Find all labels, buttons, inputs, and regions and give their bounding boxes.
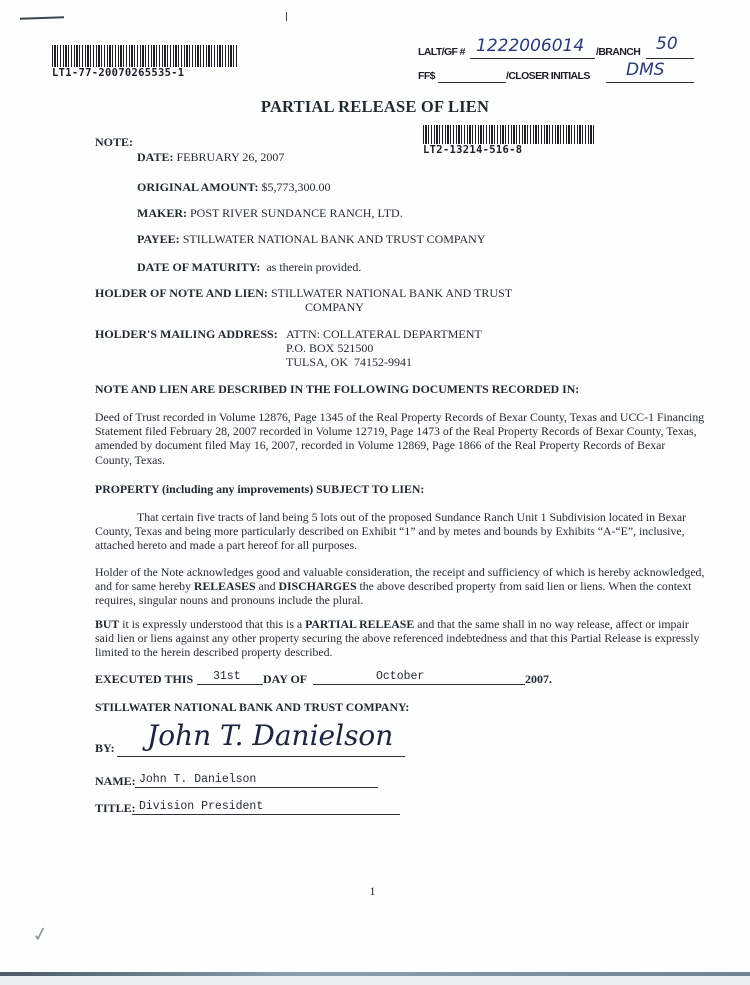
holder-value: STILLWATER NATIONAL BANK AND TRUST COMPA… <box>271 286 512 314</box>
amount-label: ORIGINAL AMOUNT: <box>137 180 258 194</box>
executed-line: EXECUTED THIS 31st DAY OF October 2007. <box>95 670 565 688</box>
property-heading: PROPERTY (including any improvements) SU… <box>95 482 424 497</box>
payee-label: PAYEE: <box>137 232 180 246</box>
scan-edge-strip <box>0 976 750 985</box>
acknowledgment-text: Holder of the Note acknowledges good and… <box>95 565 705 608</box>
discharges-text: DISCHARGES <box>279 579 357 593</box>
by-line: BY: John T. Danielson <box>95 715 415 765</box>
scan-mark <box>20 16 64 20</box>
address-line-1: ATTN: COLLATERAL DEPARTMENT <box>286 327 482 341</box>
check-mark-icon: ✓ <box>30 921 51 948</box>
stamp-row-gf: LALT/GF # 1222006014 /BRANCH 50 <box>418 40 698 60</box>
holder-value-line-1: STILLWATER NATIONAL BANK AND TRUST <box>271 286 512 300</box>
ff-field <box>438 64 506 83</box>
company-name: STILLWATER NATIONAL BANK AND TRUST COMPA… <box>95 700 409 715</box>
address-value: ATTN: COLLATERAL DEPARTMENT P.O. BOX 521… <box>286 327 482 369</box>
maturity-label: DATE OF MATURITY: <box>137 260 260 274</box>
payee-value: STILLWATER NATIONAL BANK AND TRUST COMPA… <box>183 232 486 246</box>
barcode-right: LT2-13214-516-8 <box>423 125 595 156</box>
but-text: BUT <box>95 617 119 631</box>
amount-line: ORIGINAL AMOUNT: $5,773,300.00 <box>137 180 330 195</box>
payee-line: PAYEE: STILLWATER NATIONAL BANK AND TRUS… <box>137 232 485 247</box>
maturity-value: as therein provided. <box>266 260 361 274</box>
executed-day: 31st <box>213 670 241 683</box>
note-label: NOTE: <box>95 135 133 150</box>
amount-value: $5,773,300.00 <box>261 180 330 194</box>
property-text: That certain five tracts of land being 5… <box>95 510 705 553</box>
address-label: HOLDER'S MAILING ADDRESS: <box>95 327 278 342</box>
executed-label: EXECUTED THIS <box>95 672 193 687</box>
branch-label: /BRANCH <box>596 46 640 58</box>
executed-year: 2007. <box>525 672 552 687</box>
gf-label: LALT/GF # <box>418 46 465 58</box>
address-line-2: P.O. BOX 521500 <box>286 341 482 355</box>
executed-month: October <box>376 670 424 683</box>
date-value: FEBRUARY 26, 2007 <box>176 150 284 164</box>
closer-value: DMS <box>626 60 665 80</box>
title-value: Division President <box>139 800 263 813</box>
closer-label: /CLOSER INITIALS <box>506 70 590 82</box>
date-label: DATE: <box>137 150 173 164</box>
gf-value: 1222006014 <box>476 36 584 56</box>
maker-line: MAKER: POST RIVER SUNDANCE RANCH, LTD. <box>137 206 403 221</box>
recorded-text: Deed of Trust recorded in Volume 12876, … <box>95 410 705 467</box>
ack-text: and <box>256 579 279 593</box>
by-label: BY: <box>95 741 115 756</box>
ff-label: FF$ <box>418 70 435 82</box>
barcode-left-label: LT1-77-20070265535-1 <box>52 67 238 79</box>
name-value: John T. Danielson <box>139 773 256 786</box>
maker-label: MAKER: <box>137 206 187 220</box>
partial-release-bold: PARTIAL RELEASE <box>305 617 414 631</box>
holder-line: HOLDER OF NOTE AND LIEN: <box>95 286 268 301</box>
but-body: it is expressly understood that this is … <box>119 617 305 631</box>
barcode-right-label: LT2-13214-516-8 <box>423 144 595 156</box>
date-line: DATE: FEBRUARY 26, 2007 <box>137 150 284 165</box>
partial-release-text: BUT it is expressly understood that this… <box>95 617 705 660</box>
branch-value: 50 <box>656 34 678 54</box>
title-stamp: LALT/GF # 1222006014 /BRANCH 50 FF$ /CLO… <box>418 40 698 84</box>
maker-value: POST RIVER SUNDANCE RANCH, LTD. <box>190 206 403 220</box>
maturity-line: DATE OF MATURITY: as therein provided. <box>137 260 361 275</box>
recorded-heading: NOTE AND LIEN ARE DESCRIBED IN THE FOLLO… <box>95 382 579 397</box>
signature: John T. Danielson <box>147 719 393 752</box>
title-line: TITLE: Division President <box>95 799 415 817</box>
stamp-row-ff: FF$ /CLOSER INITIALS DMS <box>418 64 698 84</box>
document-title: PARTIAL RELEASE OF LIEN <box>0 97 750 117</box>
barcode-left: LT1-77-20070265535-1 <box>52 45 238 79</box>
page-number: 1 <box>0 884 745 899</box>
address-line-3: TULSA, OK 74152-9941 <box>286 355 482 369</box>
releases-text: RELEASES <box>194 579 256 593</box>
holder-value-line-2: COMPANY <box>271 300 512 314</box>
title-label: TITLE: <box>95 801 136 816</box>
scan-mark <box>286 12 287 21</box>
name-label: NAME: <box>95 774 136 789</box>
holder-label: HOLDER OF NOTE AND LIEN: <box>95 286 268 300</box>
barcode-bars <box>423 125 595 144</box>
day-of-label: DAY OF <box>263 672 307 687</box>
name-line: NAME: John T. Danielson <box>95 772 415 790</box>
barcode-bars <box>52 45 238 67</box>
